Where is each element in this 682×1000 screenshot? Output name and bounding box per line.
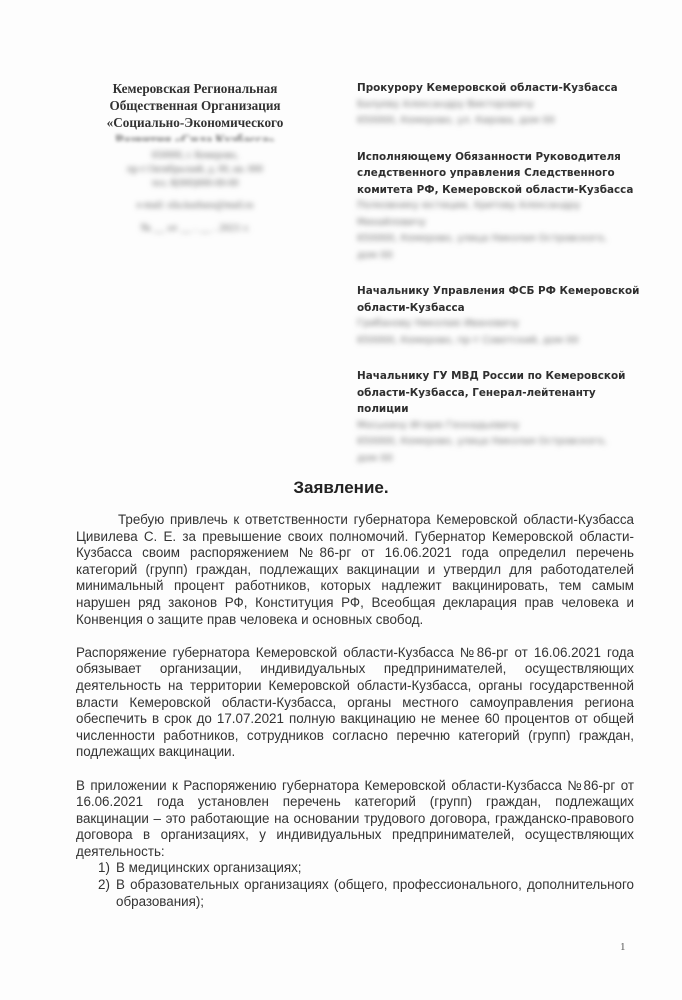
sender-ref-number-blurred: № __ от __ . __ . 2021 г. — [95, 221, 295, 235]
addressee-address-blurred: дом 00 — [357, 451, 647, 468]
list-item-text: В образовательных организациях (общего, … — [116, 877, 634, 909]
sender-phone-blurred: тел. 8(000)000-00-00 — [95, 177, 295, 191]
sender-address-blurred: пр-т Октябрьский, д. 00, кв. 000 — [95, 163, 295, 177]
document-body: Требую привлечь к ответственности губерн… — [76, 512, 634, 910]
sender-org-line: Развития «Сила Кузбасса» — [95, 131, 295, 141]
addressee-name-blurred: Михайловичу — [357, 215, 647, 232]
addressee-name-blurred: Полковнику юстиции, Хритову Александру — [357, 198, 647, 215]
addressee-address-blurred: 650000, Кемерово, улица Николая Островск… — [357, 231, 647, 248]
sender-org-line: «Социально-Экономического — [95, 114, 295, 131]
addressee-address-blurred: 650000, Кемерово, улица Николая Островск… — [357, 434, 647, 451]
addressee-name-blurred: Грибанову Николаю Ивановичу — [357, 316, 647, 333]
paragraph: Требую привлечь к ответственности губерн… — [76, 512, 634, 628]
addressee-name-blurred: Балуеву Александру Викторовичу — [357, 97, 647, 114]
document-page: Кемеровская Региональная Общественная Ор… — [0, 0, 682, 1000]
addressee-address-blurred: 650000, Кемерово, ул. Кирова, дом 00 — [357, 113, 647, 130]
list-item-number: 2) — [98, 877, 110, 894]
addressee-name-blurred: Моськину Игорю Геннадьевичу — [357, 418, 647, 435]
sender-org-line: Общественная Организация — [95, 97, 295, 114]
addressee-title: Начальнику Управления ФСБ РФ Кемеровской… — [357, 283, 647, 316]
addressee-title: Начальнику ГУ МВД России по Кемеровской … — [357, 368, 647, 418]
addressee-prosecutor: Прокурору Кемеровской области-Кузбасса Б… — [357, 80, 647, 130]
categories-list: 1) В медицинских организациях; 2) В обра… — [76, 860, 634, 910]
addressee-title: Исполняющему Обязанности Руководителя сл… — [357, 149, 647, 199]
addressee-address-blurred: дом 00 — [357, 248, 647, 265]
list-item-text: В медицинских организациях; — [116, 860, 302, 875]
paragraph: В приложении к Распоряжению губернатора … — [76, 778, 634, 861]
sender-block: Кемеровская Региональная Общественная Ор… — [95, 80, 295, 235]
sender-org-line: Кемеровская Региональная — [95, 80, 295, 97]
addressee-investigative-committee: Исполняющему Обязанности Руководителя сл… — [357, 149, 647, 265]
document-heading: Заявление. — [0, 478, 682, 498]
paragraph: Распоряжение губернатора Кемеровской обл… — [76, 645, 634, 761]
list-item-number: 1) — [98, 860, 110, 877]
addressee-mvd: Начальнику ГУ МВД России по Кемеровской … — [357, 368, 647, 467]
list-item: 1) В медицинских организациях; — [76, 860, 634, 877]
addressee-title: Прокурору Кемеровской области-Кузбасса — [357, 80, 647, 97]
addressee-address-blurred: 650000, Кемерово, пр-т Советский, дом 00 — [357, 333, 647, 350]
addressee-fsb: Начальнику Управления ФСБ РФ Кемеровской… — [357, 283, 647, 349]
sender-email-blurred: e-mail: sila.kuzbass@mail.ru — [95, 199, 295, 213]
addressees-block: Прокурору Кемеровской области-Кузбасса Б… — [357, 80, 647, 486]
list-item: 2) В образовательных организациях (общег… — [76, 877, 634, 910]
page-number: 1 — [620, 941, 626, 953]
sender-address-blurred: 650000, г. Кемерово, — [95, 149, 295, 163]
